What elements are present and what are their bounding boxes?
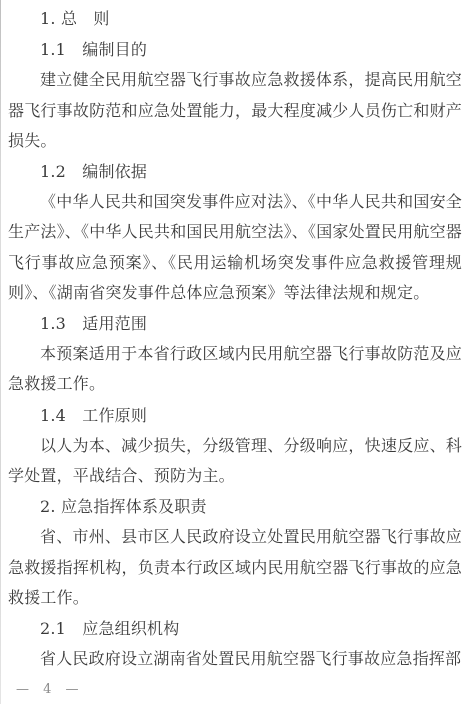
document-page: 1. 总 则 1.1 编制目的 建立健全民用航空器飞行事故应急救援体系，提高民用… — [0, 0, 472, 704]
section-heading-1-2: 1.2 编制依据 — [8, 157, 462, 187]
scan-edge-artifact — [0, 0, 1, 704]
document-body: 1. 总 则 1.1 编制目的 建立健全民用航空器飞行事故应急救援体系，提高民用… — [8, 3, 462, 674]
paragraph-scope: 本预案适用于本省行政区域内民用航空器飞行事故防范及应急救援工作。 — [8, 339, 462, 399]
paragraph-basis: 《中华人民共和国突发事件应对法》、《中华人民共和国安全生产法》、《中华人民共和国… — [8, 187, 462, 308]
section-heading-2-1: 2.1 应急组织机构 — [8, 614, 462, 644]
paragraph-principles: 以人为本、减少损失，分级管理、分级响应，快速反应、科学处置，平战结合、预防为主。 — [8, 431, 462, 491]
paragraph-purpose: 建立健全民用航空器飞行事故应急救援体系，提高民用航空器飞行事故防范和应急处置能力… — [8, 65, 462, 156]
section-heading-1-4: 1.4 工作原则 — [8, 401, 462, 431]
section-heading-1: 1. 总 则 — [8, 4, 462, 34]
paragraph-command-system: 省、市州、县市区人民政府设立处置民用航空器飞行事故应急救援指挥机构，负责本行政区… — [8, 522, 462, 613]
section-heading-1-1: 1.1 编制目的 — [8, 35, 462, 65]
section-heading-1-3: 1.3 适用范围 — [8, 309, 462, 339]
page-number: — 4 — — [16, 683, 80, 697]
section-heading-2: 2. 应急指挥体系及职责 — [8, 492, 462, 522]
paragraph-organization: 省人民政府设立湖南省处置民用航空器飞行事故应急指挥部 — [8, 644, 462, 674]
